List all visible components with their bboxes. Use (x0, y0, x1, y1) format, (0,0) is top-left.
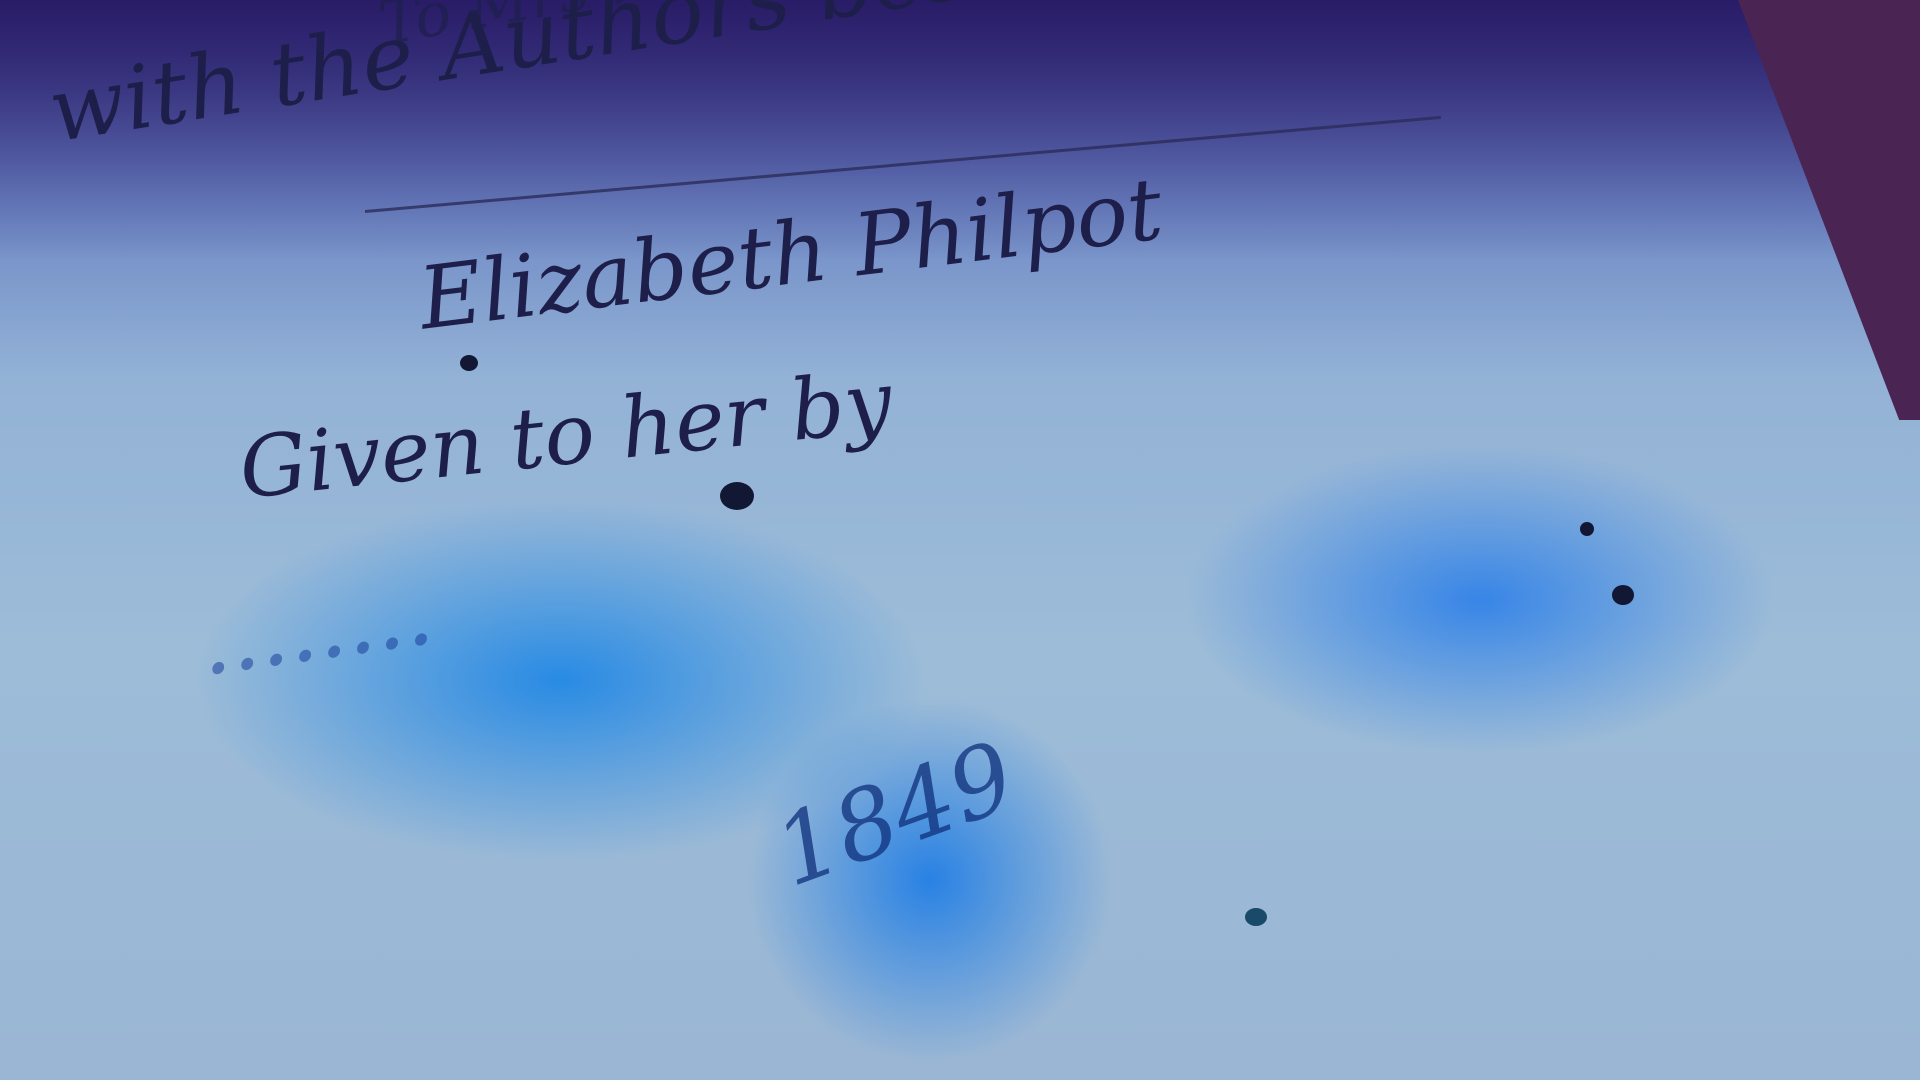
inscription-line-given: Given to her by (235, 352, 897, 518)
ink-spot (1612, 585, 1634, 605)
ink-spot (1245, 908, 1267, 926)
inscription-year: 1849 (761, 720, 1029, 909)
ink-spot (1580, 522, 1594, 536)
paper-page: To Mrs ... with the Authors best wishes … (0, 0, 1920, 1080)
inscription-faded-line: ........ (193, 558, 440, 697)
ink-spot (720, 482, 754, 510)
ink-spot (460, 355, 478, 371)
